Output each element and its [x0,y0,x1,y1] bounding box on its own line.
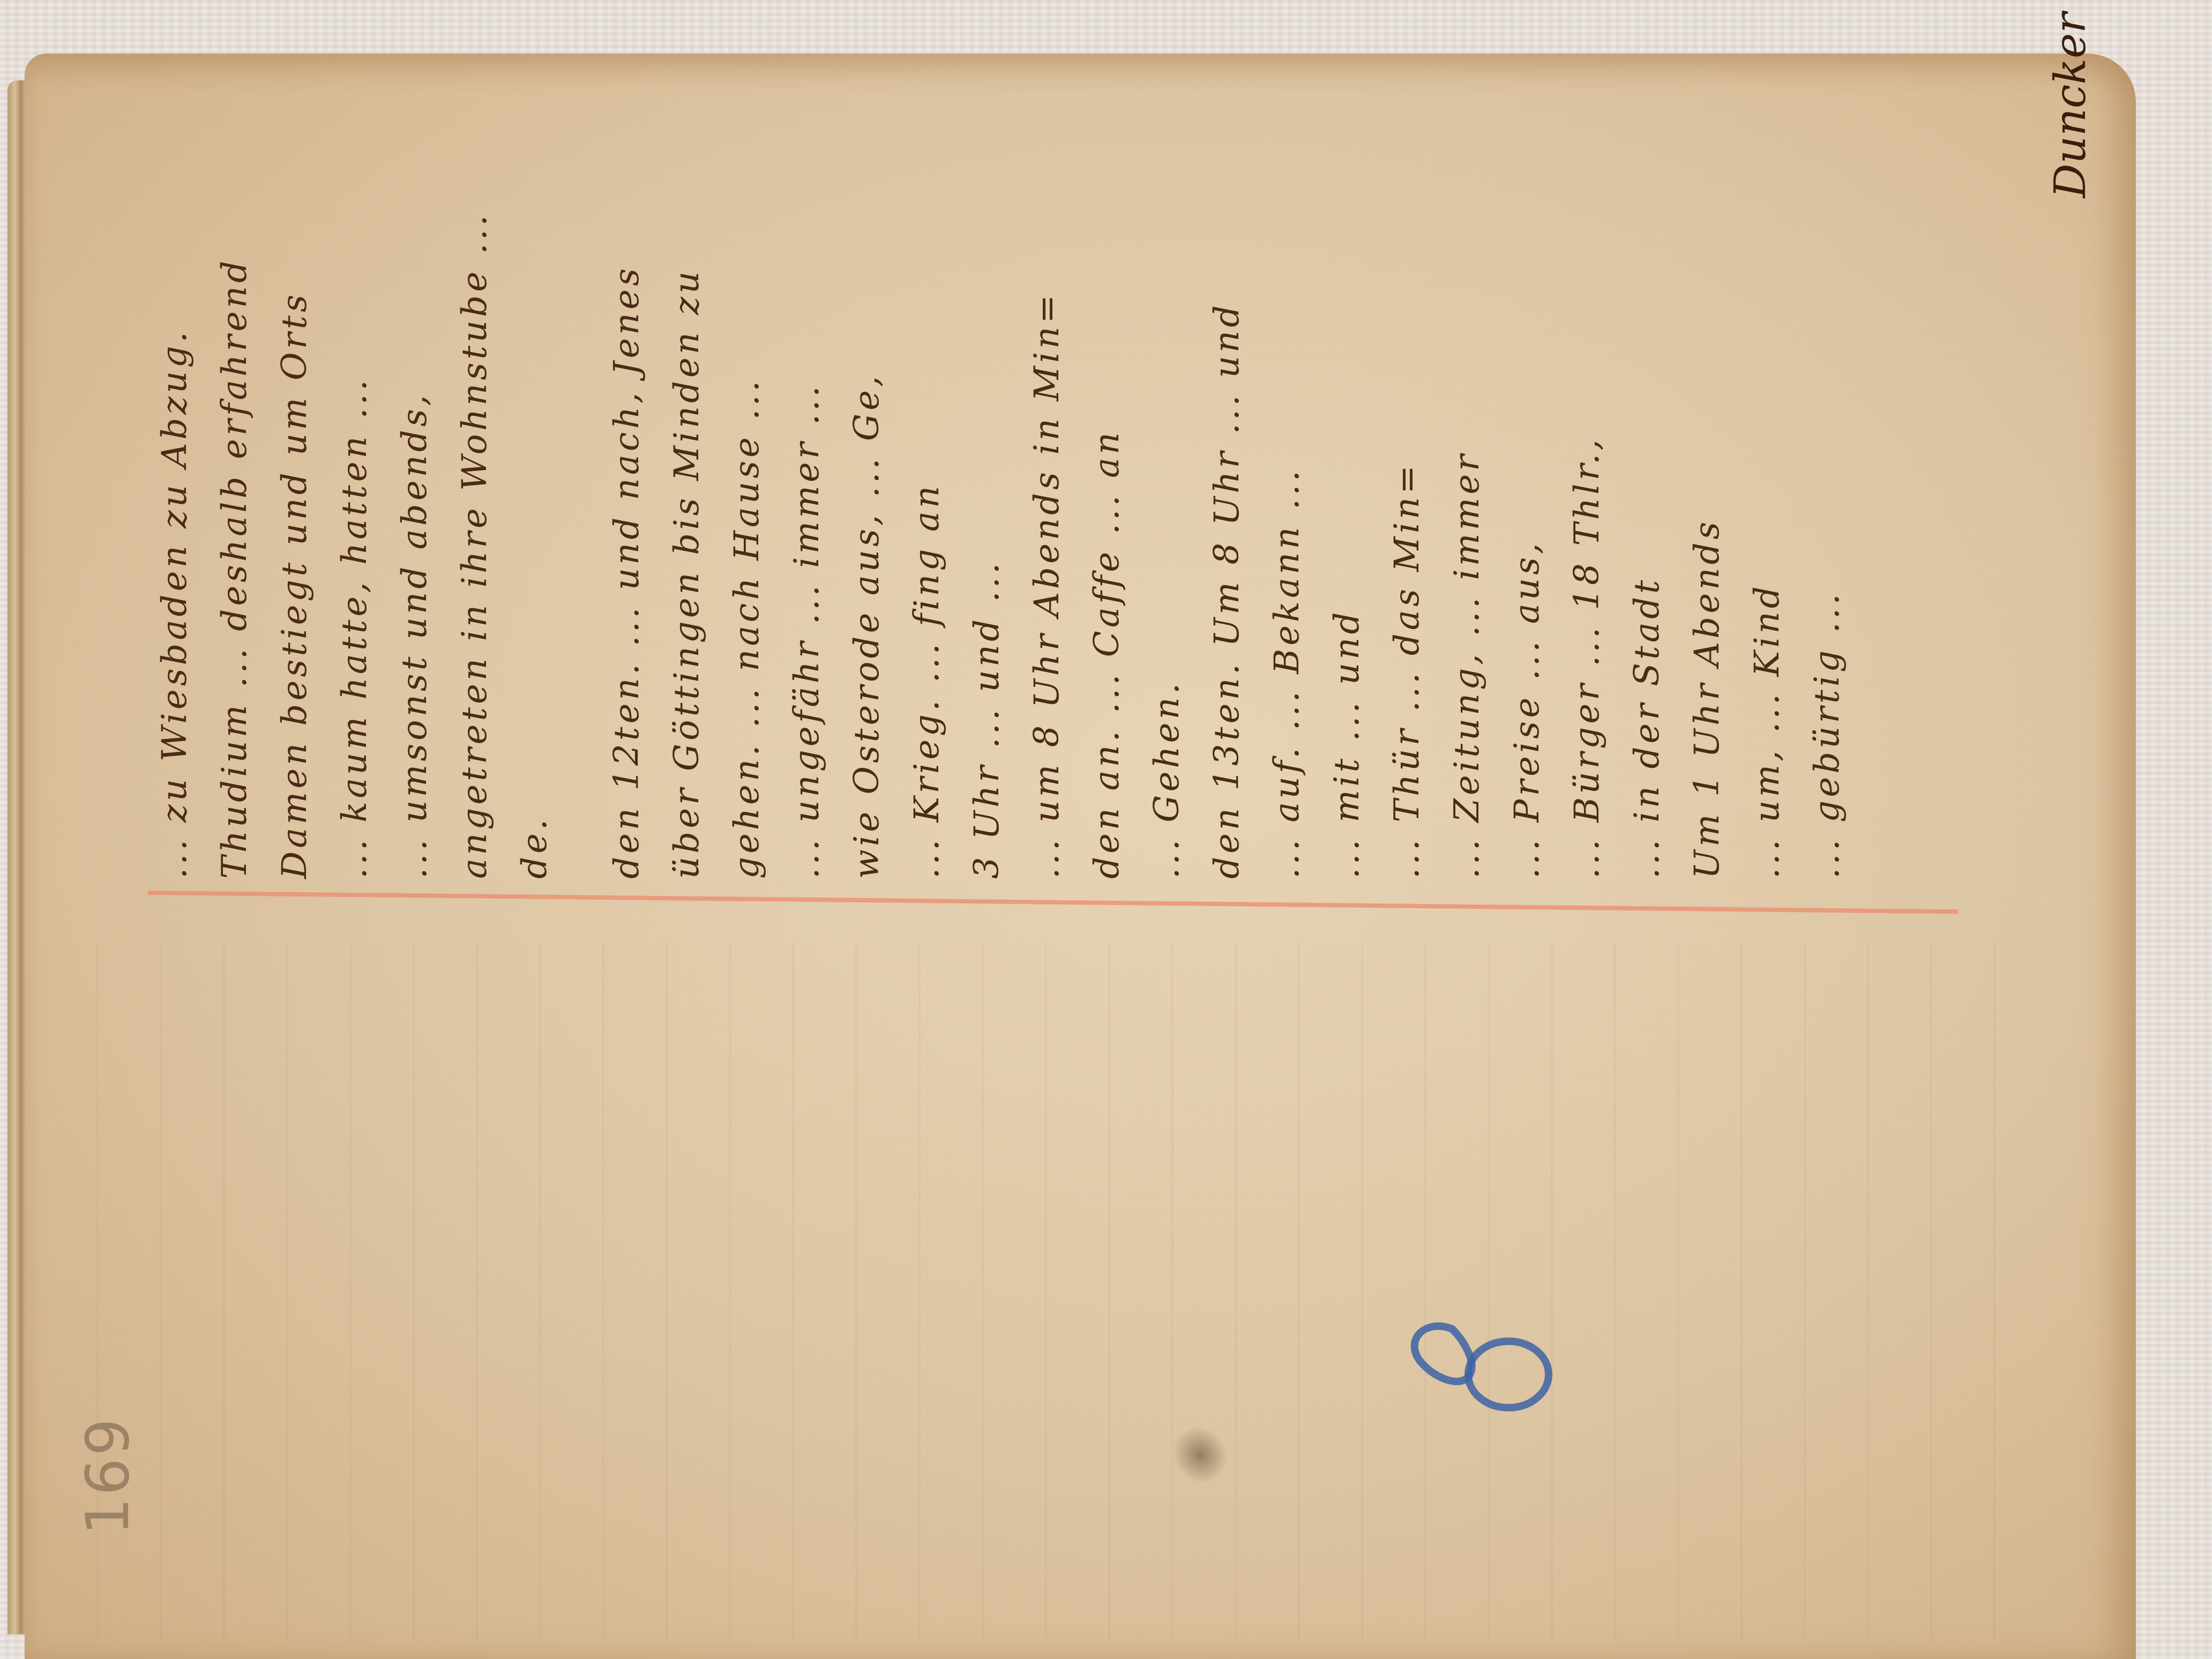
manuscript-line: über Göttingen bis Minden zu [657,43,717,879]
manuscript-line: wie Osterode aus, ... Ge, [837,43,897,879]
manuscript-line: angetreten in ihre Wohnstube ... [445,43,505,879]
manuscript-line: de. [505,43,565,879]
manuscript-text-block: ... zu Wiesbaden zu Abzug. Thudium ... d… [145,43,1993,879]
manuscript-line: ... ungefähr ... immer ... [777,43,837,879]
manuscript-line: 3 Uhr ... und ... [957,43,1017,879]
blue-crayon-numeral-8 [1388,1307,1565,1425]
manuscript-line: den 12ten. ... und nach, Jenes [597,43,657,879]
manuscript-line: den an. ... Caffe ... an [1077,43,1137,879]
manuscript-line: ... kaum hatte, hatten ... [325,43,385,879]
paragraph-gap [565,43,597,879]
manuscript-line: ... auf. ... Bekann ... [1257,43,1317,879]
manuscript-line: Thudium ... deshalb erfahrend [205,43,265,879]
manuscript-line: ... Bürger ... 18 Thlr., [1557,43,1617,879]
manuscript-line: ... um, ... Kind [1737,43,1797,879]
manuscript-line: gehen. ... nach Hause ... [717,43,777,879]
manuscript-line: ... Preise ... aus, [1497,43,1557,879]
manuscript-line: ... mit ... und [1317,43,1377,879]
manuscript-line: ... in der Stadt [1617,43,1677,879]
manuscript-line: ... zu Wiesbaden zu Abzug. [145,43,205,879]
manuscript-line: Um 1 Uhr Abends [1677,43,1737,879]
manuscript-line: Damen bestiegt und um Orts [265,43,325,879]
manuscript-line: ... umsonst und abends, [385,43,445,879]
manuscript-line: ... Thür ... das Min= [1377,43,1437,879]
ink-bleed-through [64,943,2047,1640]
pencil-folio-number: 169 [73,1416,142,1535]
closing-signature: Duncker [2045,12,2095,198]
manuscript-line: ... Gehen. [1137,43,1197,879]
manuscript-line: ... gebürtig ... [1797,43,1857,879]
manuscript-line: den 13ten. Um 8 Uhr ... und [1197,43,1257,879]
manuscript-line: ... Zeitung, ... immer [1437,43,1497,879]
manuscript-line: ... Krieg. ... fing an [897,43,957,879]
manuscript-line: ... um 8 Uhr Abends in Min= [1017,43,1077,879]
